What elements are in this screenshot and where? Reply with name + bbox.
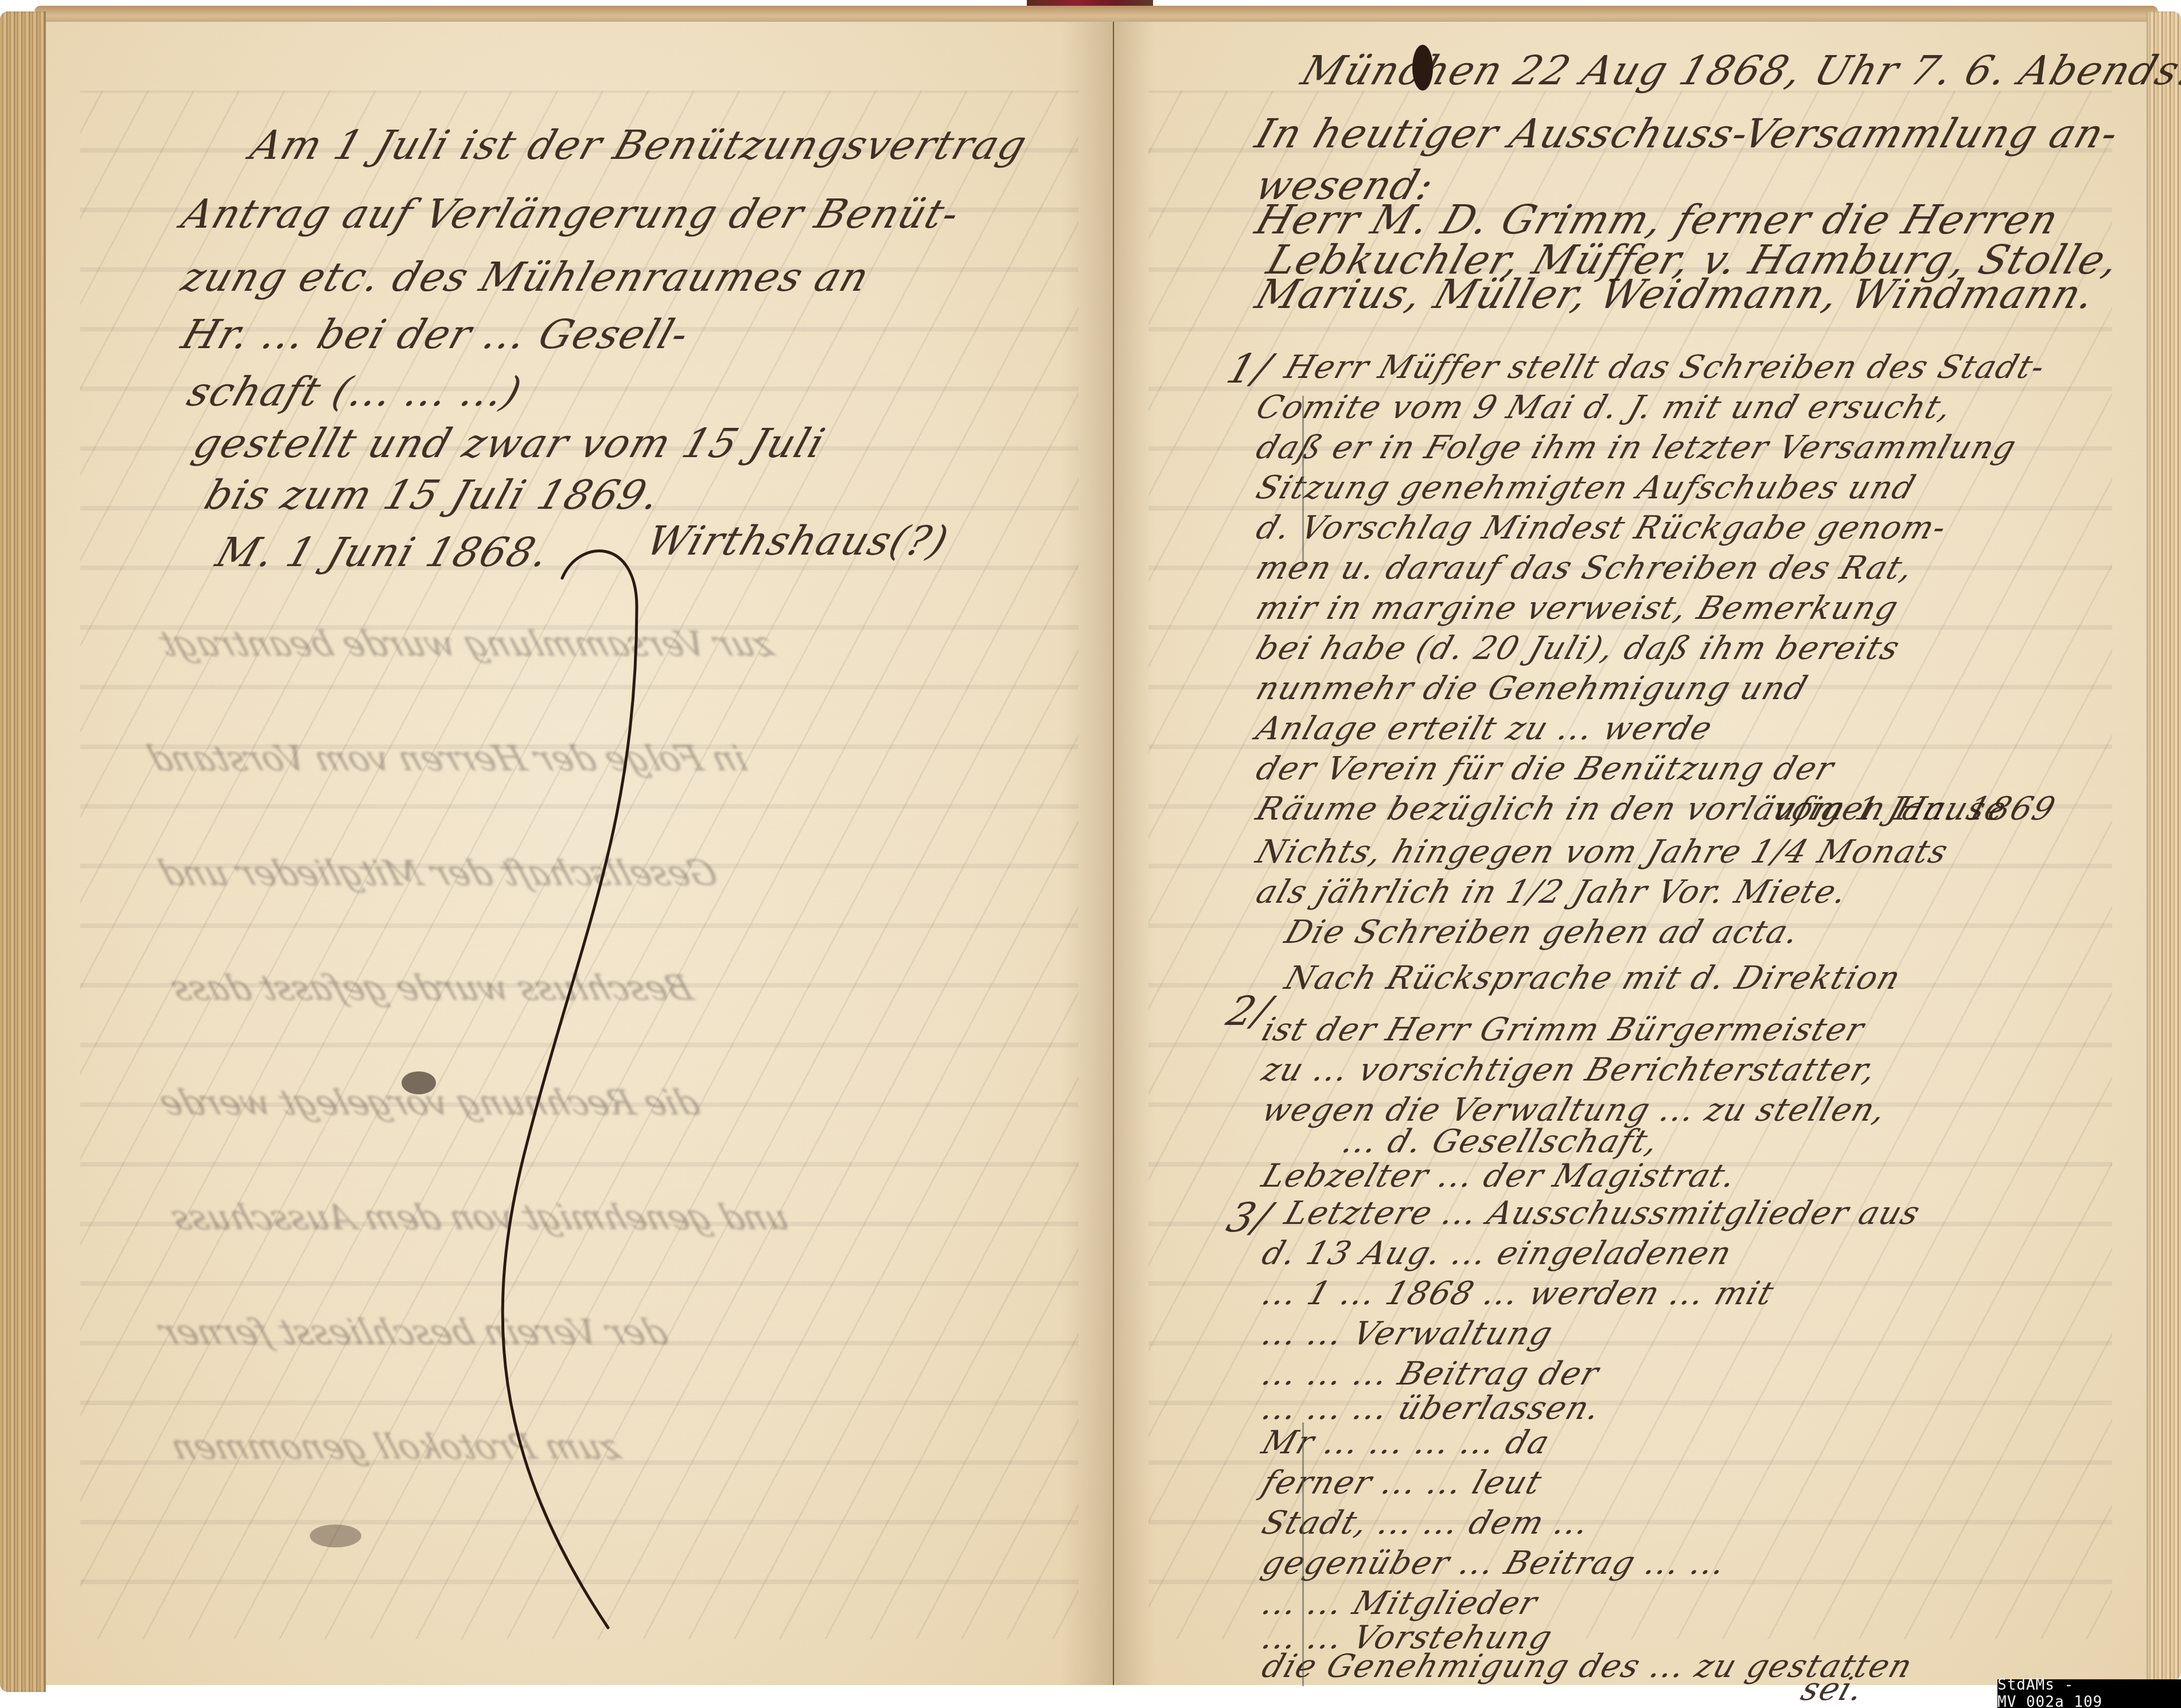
- left-entry-line-1: Am 1 Juli ist der Benützungsvertrag: [246, 125, 1033, 165]
- item-1-line: Comite vom 9 Mai d. J. mit und ersucht,: [1252, 392, 1957, 424]
- left-entry-line-2: Antrag auf Verlängerung der Benüt-: [177, 194, 965, 234]
- item-3-line: ... ... ... Beitrag der: [1258, 1358, 1603, 1390]
- gutter-shadow: [1061, 22, 1113, 1685]
- ink-blot: [1412, 45, 1433, 91]
- item-1-line: der Verein für die Benützung der: [1252, 753, 1839, 785]
- item-1-line: Sitzung genehmigten Aufschubes und: [1252, 472, 1920, 504]
- left-entry-line-5: schaft (... ... ...): [183, 372, 527, 412]
- item-3-line: sei.: [1797, 1674, 1868, 1706]
- item-3-line: ... 1 ... 1868 ... werden ... mit: [1258, 1278, 1778, 1310]
- left-page: Am 1 Juli ist der Benützungsvertrag Antr…: [46, 22, 1114, 1685]
- ink-blot: [310, 1524, 361, 1547]
- right-page: München 22 Aug 1868, Uhr 7. 6. Abends. I…: [1114, 22, 2147, 1685]
- item-3-line: Letztere ... Ausschussmitglieder aus: [1281, 1198, 1925, 1230]
- item-1-line: vom 1 Jan. 1869: [1769, 793, 2060, 825]
- left-entry-line-7: bis zum 15 Juli 1869.: [200, 475, 667, 515]
- pencil-margin-line: [1302, 396, 1304, 568]
- attendance-line-5: Marius, Müller, Weidmann, Windmann.: [1251, 274, 2101, 314]
- left-entry-line-4: Hr. ... bei der ... Gesell-: [177, 314, 695, 354]
- item-1-line: bei habe (d. 20 Juli), daß ihm bereits: [1252, 633, 1905, 665]
- ink-blot: [402, 1071, 436, 1094]
- item-3-line: d. 13 Aug. ... eingeladenen: [1258, 1238, 1736, 1270]
- item-1-line: mir in margine verweist, Bemerkung: [1252, 592, 1903, 625]
- item-2-line: zu ... vorsichtigen Berichterstatter,: [1258, 1054, 1881, 1086]
- item-1-line: Nichts, hingegen vom Jahre 1/4 Monats: [1252, 836, 1953, 868]
- page-edges-left: [0, 11, 46, 1692]
- item-3-line: ... ... Verwaltung: [1258, 1318, 1557, 1350]
- item-1-line: Die Schreiben gehen ad acta.: [1281, 917, 1804, 949]
- item-3-line: Stadt, ... ... dem ...: [1258, 1507, 1594, 1539]
- item-2-line: Lebzelter ... der Magistrat.: [1258, 1160, 1741, 1192]
- item-2-line: ... d. Gesellschaft,: [1338, 1126, 1664, 1158]
- item-1-line: als jährlich in 1/2 Jahr Vor. Miete.: [1252, 876, 1852, 908]
- attendance-line-3: Herr M. D. Grimm, ferner die Herren: [1251, 200, 2065, 240]
- item-1-line: d. Vorschlag Mindest Rückgabe genom-: [1252, 512, 1951, 544]
- item-2-line: Nach Rücksprache mit d. Direktion: [1281, 962, 1905, 995]
- item-2-line: ist der Herr Grimm Bürgermeister: [1258, 1014, 1868, 1046]
- item-3-number: 3/: [1222, 1198, 1277, 1238]
- pencil-margin-line: [1302, 1422, 1304, 1686]
- item-2-line: wegen die Verwaltung ... zu stellen,: [1258, 1094, 1891, 1126]
- attendance-line-1: In heutiger Ausschuss-Versammlung an-: [1251, 114, 2125, 154]
- item-1-line: Anlage erteilt zu ... werde: [1252, 713, 1717, 745]
- item-3-line: gegenüber ... Beitrag ... ...: [1258, 1547, 1731, 1580]
- item-1-line: daß er in Folge ihm in letzter Versammlu…: [1252, 432, 2021, 464]
- left-entry-line-3: zung etc. des Mühlenraumes an: [177, 257, 875, 297]
- item-3-line: ... ... Mitglieder: [1258, 1588, 1542, 1620]
- item-3-line: ... ... ... überlassen.: [1258, 1393, 1605, 1425]
- item-1-number: 1/: [1222, 349, 1277, 389]
- item-1-line: nunmehr die Genehmigung und: [1252, 673, 1812, 705]
- open-book: Am 1 Juli ist der Benützungsvertrag Antr…: [0, 6, 2181, 1702]
- page-edges-right: [2147, 11, 2181, 1680]
- cancellation-stroke: [447, 538, 734, 1656]
- item-1-line: Herr Müffer stellt das Schreiben des Sta…: [1281, 352, 2050, 384]
- item-3-line: ferner ... ... leut: [1258, 1467, 1547, 1499]
- archive-label: StdAMs - MV_002a_109: [1997, 1679, 2181, 1708]
- page-edges-top: [34, 6, 2158, 23]
- left-entry-line-6: gestellt und zwar vom 15 Juli: [189, 423, 831, 463]
- gutter-shadow: [1114, 22, 1154, 1685]
- item-1-line: men u. darauf das Schreiben des Rat,: [1252, 552, 1918, 584]
